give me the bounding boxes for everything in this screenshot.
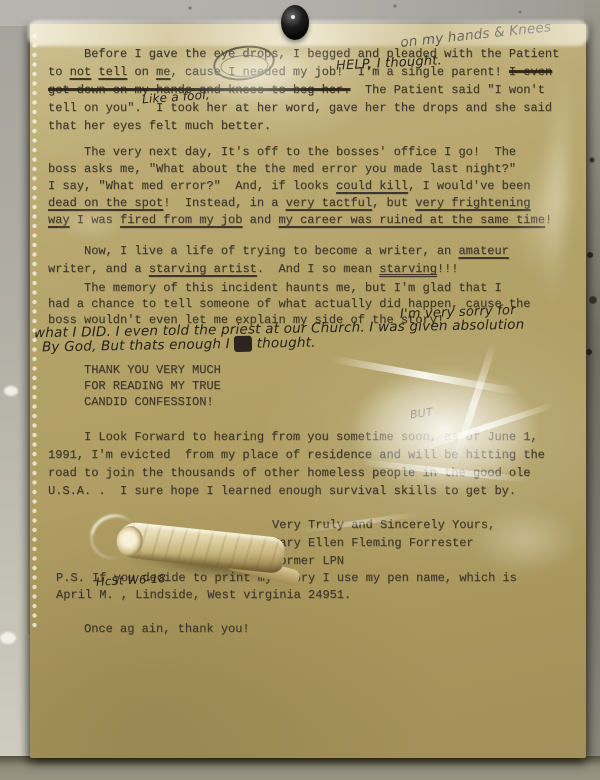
text-segment: amateur [458,244,508,258]
text-segment: U.S.A. . I sure hope I learned enough su… [48,484,516,498]
text-segment: , I would've been [408,179,530,193]
text-segment: The very next day, It's off to the bosse… [84,145,516,159]
plastic-sleeve-seam-dots [31,32,38,632]
typed-line: dead on the spot! Instead, in a very tac… [48,195,552,212]
text-segment: April M. , Lindside, West virginia 24951… [56,588,351,602]
typed-line: writer, and a starving artist. And I so … [48,260,509,278]
text-segment: The memory of this incident haunts me, b… [84,281,502,295]
typed-line: I say, "What med error?" And, if looks c… [48,178,552,195]
text-segment: Once ag ain, thank you! [84,622,250,636]
typed-line: CANDID CONFESSION! [84,394,221,410]
text-segment: not [70,65,92,79]
typed-line: way I was fired from my job and my caree… [48,212,552,229]
pin-highlight [291,15,295,19]
text-segment: writer, and a [48,262,149,276]
typed-line: Once ag ain, thank you! [84,620,250,638]
text-segment: and [242,213,278,227]
text-segment: , but [372,196,415,210]
text-segment: tell on you". I took her at her word, ga… [48,101,552,115]
typed-line: boss asks me, "What about the the med er… [48,161,552,178]
typed-line: FOR READING MY TRUE [84,378,221,394]
typed-line: Now, I live a life of trying to become a… [48,242,509,260]
typed-line: tell on you". I took her at her word, ga… [48,99,559,117]
photo-of-pinned-letter: Before I gave the eye drops, I begged an… [0,0,600,780]
text-segment: FOR READING MY TRUE [84,379,221,393]
text-segment: to [48,65,70,79]
push-pin [281,5,309,40]
text-segment: I was [70,213,120,227]
typed-line: THANK YOU VERY MUCH [84,362,221,378]
text-segment: 1991, I'm evicted from my place of resid… [48,448,545,462]
typed-paragraph-3: Now, I live a life of trying to become a… [48,242,509,278]
text-segment: THANK YOU VERY MUCH [84,363,221,377]
typed-line: The very next day, It's off to the bosse… [48,144,552,161]
text-segment: Mary Ellen Fleming Forrester [272,536,474,550]
text-segment: dead on the spot [48,196,163,210]
text-segment: could kill [336,179,408,193]
text-segment: very tactful [286,196,372,210]
text-segment: !!! [437,262,459,276]
typed-line: Mary Ellen Fleming Forrester [272,534,495,552]
text-segment: on [127,65,156,79]
text-segment: . And I so mean [257,262,379,276]
typed-line: The memory of this incident haunts me, b… [48,280,530,296]
text-segment: By God, But thats enough I [42,336,235,355]
text-segment: my career was ruined at the same time [278,213,544,227]
text-segment: tell [98,65,127,79]
text-segment: CANDID CONFESSION! [84,395,214,409]
plastic-sleeve-edge [28,28,30,634]
text-segment: starving artist [149,262,257,276]
typed-line: that her eyes felt much better. [48,117,559,135]
text-segment: Bo [234,336,252,352]
text-segment: fired from my job [120,213,242,227]
typed-line: I Look Forward to hearing from you somet… [48,428,545,446]
text-segment: ! [545,213,552,227]
typed-line: April M. , Lindside, West virginia 24951… [56,587,517,604]
text-segment: Before I gave the eye drops, I begged an… [84,47,559,61]
handwritten-note: By God, But thats enough I Bo thought. [42,335,316,356]
typed-line: got down on my hands and knees to beg he… [48,81,559,99]
text-segment: very frightening [415,196,530,210]
text-segment: starving [379,262,437,276]
typed-line: 1991, I'm evicted from my place of resid… [48,446,545,464]
typed-line: U.S.A. . I sure hope I learned enough su… [48,482,545,500]
typed-line: Before I gave the eye drops, I begged an… [48,45,559,63]
text-segment: way [48,213,70,227]
typed-paragraph-2: The very next day, It's off to the bosse… [48,144,552,229]
text-segment: me [156,65,170,79]
text-segment: thought. [252,335,316,352]
typed-paragraph-5: I Look Forward to hearing from you somet… [48,428,545,500]
text-segment: ! Instead, in a [163,196,285,210]
typed-thanks-block: THANK YOU VERY MUCHFOR READING MY TRUECA… [84,362,221,410]
text-segment: I even [509,65,552,79]
letter-text-layer: Before I gave the eye drops, I begged an… [0,0,600,780]
typed-paragraph-1: Before I gave the eye drops, I begged an… [48,45,559,135]
closing-line: Once ag ain, thank you! [84,620,250,638]
pen-scribble-inner-ring [220,54,269,78]
text-segment: boss asks me, "What about the the med er… [48,162,516,176]
typed-line: road to join the thousands of other home… [48,464,545,482]
handwritten-note: BUT [409,405,434,421]
text-segment: The Patient said "I won't [350,83,544,97]
typed-line: to not tell on me, cause I needed my job… [48,63,559,81]
text-segment: I say, "What med error?" And, if looks [48,179,336,193]
text-segment: Very Truly and Sincerely Yours, [272,518,495,532]
text-segment: road to join the thousands of other home… [48,466,530,480]
text-segment: that her eyes felt much better. [48,119,271,133]
text-segment: Now, I live a life of trying to become a… [84,244,458,258]
typed-line: Very Truly and Sincerely Yours, [272,516,495,534]
text-segment: I Look Forward to hearing from you somet… [84,430,538,444]
